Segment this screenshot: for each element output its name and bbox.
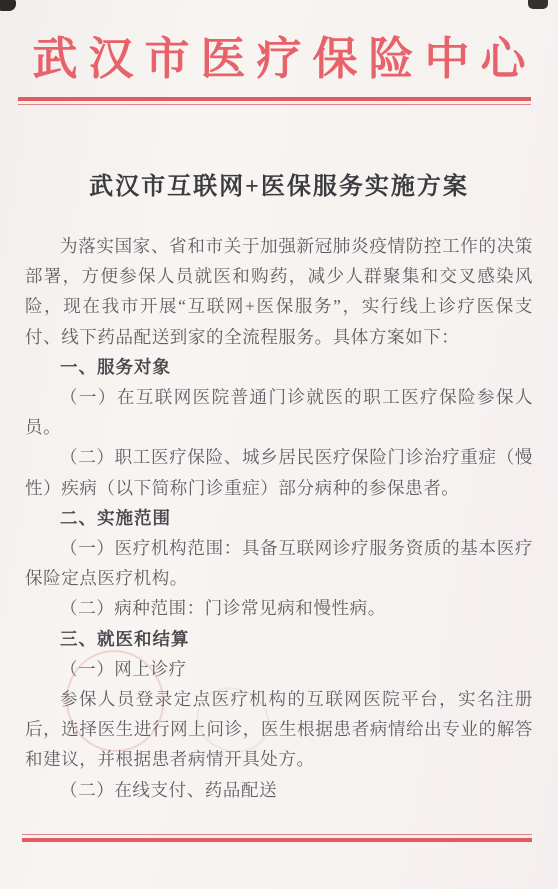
scan-corner-artifact-right	[528, 0, 548, 9]
scanned-document-page: 武汉市医疗保险中心 武汉市互联网+医保服务实施方案 为落实国家、省和市关于加强新…	[0, 0, 558, 889]
letterhead-rule-thin	[18, 104, 531, 105]
intro-paragraph: 为落实国家、省和市关于加强新冠肺炎疫情防控工作的决策部署，方便参保人员就医和购药…	[25, 231, 533, 352]
section-1-heading: 一、服务对象	[25, 352, 533, 382]
letterhead-rule-thick	[18, 97, 531, 101]
document-title: 武汉市互联网+医保服务实施方案	[0, 166, 558, 201]
section-2-heading: 二、实施范围	[25, 503, 533, 533]
scan-corner-artifact-left	[0, 0, 16, 11]
footer-rule-thin	[22, 834, 532, 835]
section-1-item-1: （一）在互联网医院普通门诊就医的职工医疗保险参保人员。	[25, 382, 533, 442]
section-1-item-2: （二）职工医疗保险、城乡居民医疗保险门诊治疗重症（慢性）疾病（以下简称门诊重症）…	[25, 442, 533, 502]
section-2-item-1: （一）医疗机构范围：具备互联网诊疗服务资质的基本医疗保险定点医疗机构。	[25, 533, 533, 593]
section-3-heading: 三、就医和结算	[25, 624, 533, 654]
section-2-item-2: （二）病种范围：门诊常见病和慢性病。	[25, 593, 533, 623]
section-3-item-2: （二）在线支付、药品配送	[25, 775, 533, 805]
footer-rule-thick	[22, 838, 532, 842]
letterhead-org-name: 武汉市医疗保险中心	[0, 22, 558, 87]
